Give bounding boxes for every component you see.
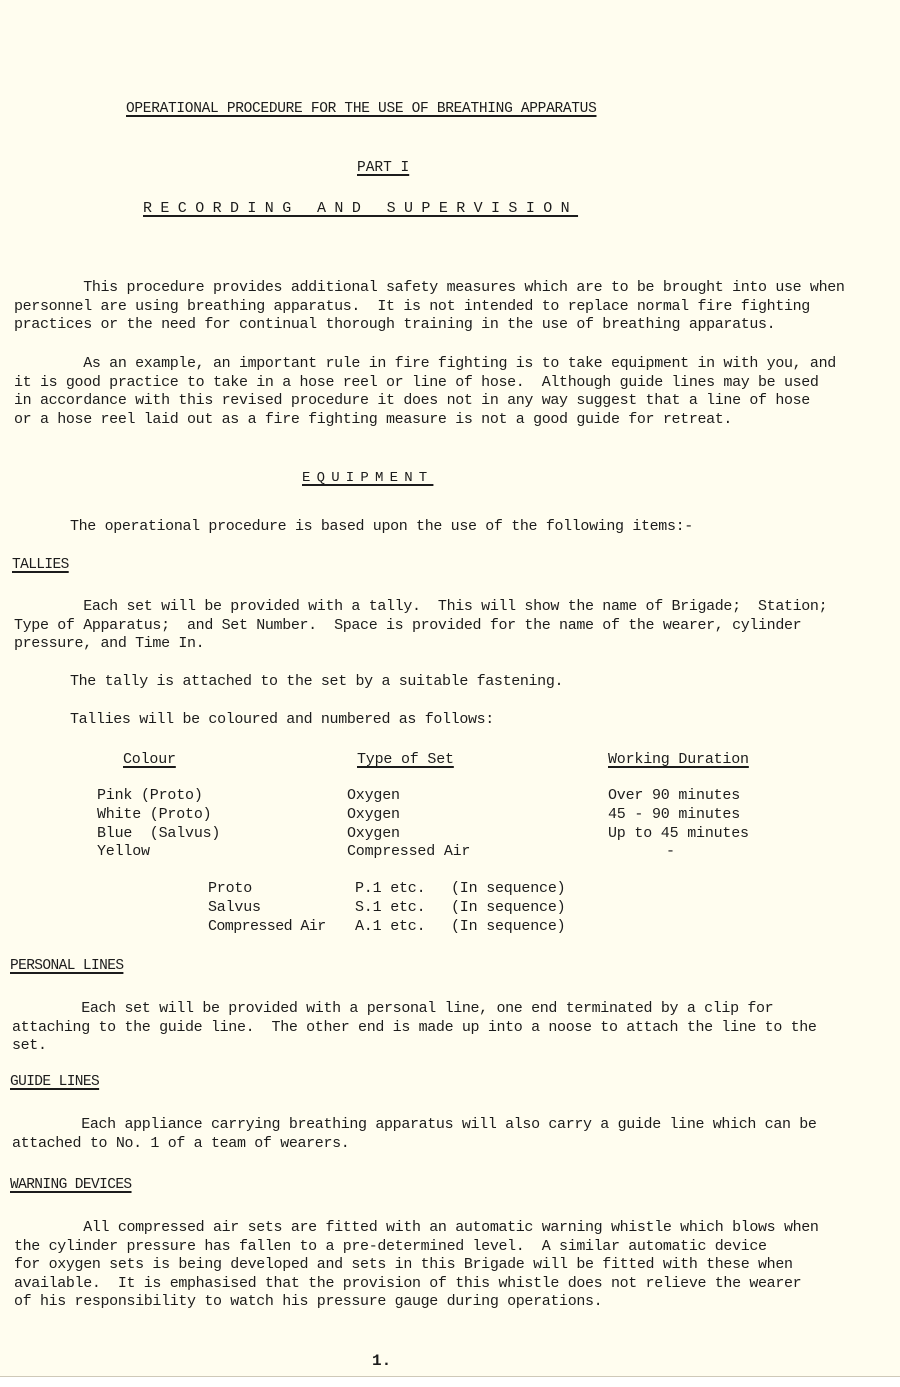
- numbering-note: (In sequence): [451, 898, 565, 917]
- table-cell: Oxygen: [347, 805, 400, 824]
- numbering-type: Compressed Air: [208, 917, 326, 936]
- column-header-colour: Colour: [123, 750, 176, 769]
- table-cell: Pink (Proto): [97, 786, 203, 805]
- numbering-type: Proto: [208, 879, 252, 898]
- numbering-code: S.1 etc.: [355, 898, 425, 917]
- table-cell: -: [666, 842, 675, 861]
- table-cell: Oxygen: [347, 824, 400, 843]
- numbering-type: Salvus: [208, 898, 261, 917]
- personal-lines-paragraph: Each set will be provided with a persona…: [12, 1000, 817, 1056]
- numbering-code: A.1 etc.: [355, 917, 425, 936]
- equipment-intro: The operational procedure is based upon …: [70, 518, 693, 537]
- tallies-paragraph: Each set will be provided with a tally. …: [14, 598, 827, 654]
- table-cell: White (Proto): [97, 805, 211, 824]
- table-cell: Up to 45 minutes: [608, 824, 749, 843]
- warning-devices-paragraph: All compressed air sets are fitted with …: [14, 1219, 819, 1312]
- numbering-note: (In sequence): [451, 879, 565, 898]
- part-heading: PART I: [357, 160, 409, 176]
- column-header-type: Type of Set: [357, 750, 454, 769]
- intro-paragraph-2: As an example, an important rule in fire…: [14, 355, 836, 429]
- document-title: OPERATIONAL PROCEDURE FOR THE USE OF BRE…: [126, 101, 596, 117]
- table-cell: Yellow: [97, 842, 150, 861]
- column-header-duration: Working Duration: [608, 750, 749, 769]
- tally-colour-intro: Tallies will be coloured and numbered as…: [70, 711, 494, 730]
- guide-lines-paragraph: Each appliance carrying breathing appara…: [12, 1116, 817, 1153]
- subtitle-heading: RECORDING AND SUPERVISION: [143, 200, 578, 217]
- table-cell: Compressed Air: [347, 842, 470, 861]
- numbering-note: (In sequence): [451, 917, 565, 936]
- intro-paragraph-1: This procedure provides additional safet…: [14, 279, 845, 335]
- guide-lines-heading: GUIDE LINES: [10, 1074, 99, 1090]
- table-cell: Over 90 minutes: [608, 786, 740, 805]
- document-page: OPERATIONAL PROCEDURE FOR THE USE OF BRE…: [0, 0, 900, 1377]
- tallies-heading: TALLIES: [12, 557, 69, 573]
- page-number: 1.: [372, 1352, 391, 1370]
- equipment-heading: EQUIPMENT: [302, 470, 433, 486]
- tally-fastening-text: The tally is attached to the set by a su…: [70, 673, 563, 692]
- table-cell: Oxygen: [347, 786, 400, 805]
- table-cell: Blue (Salvus): [97, 824, 220, 843]
- numbering-code: P.1 etc.: [355, 879, 425, 898]
- personal-lines-heading: PERSONAL LINES: [10, 958, 123, 974]
- table-cell: 45 - 90 minutes: [608, 805, 740, 824]
- warning-devices-heading: WARNING DEVICES: [10, 1177, 132, 1193]
